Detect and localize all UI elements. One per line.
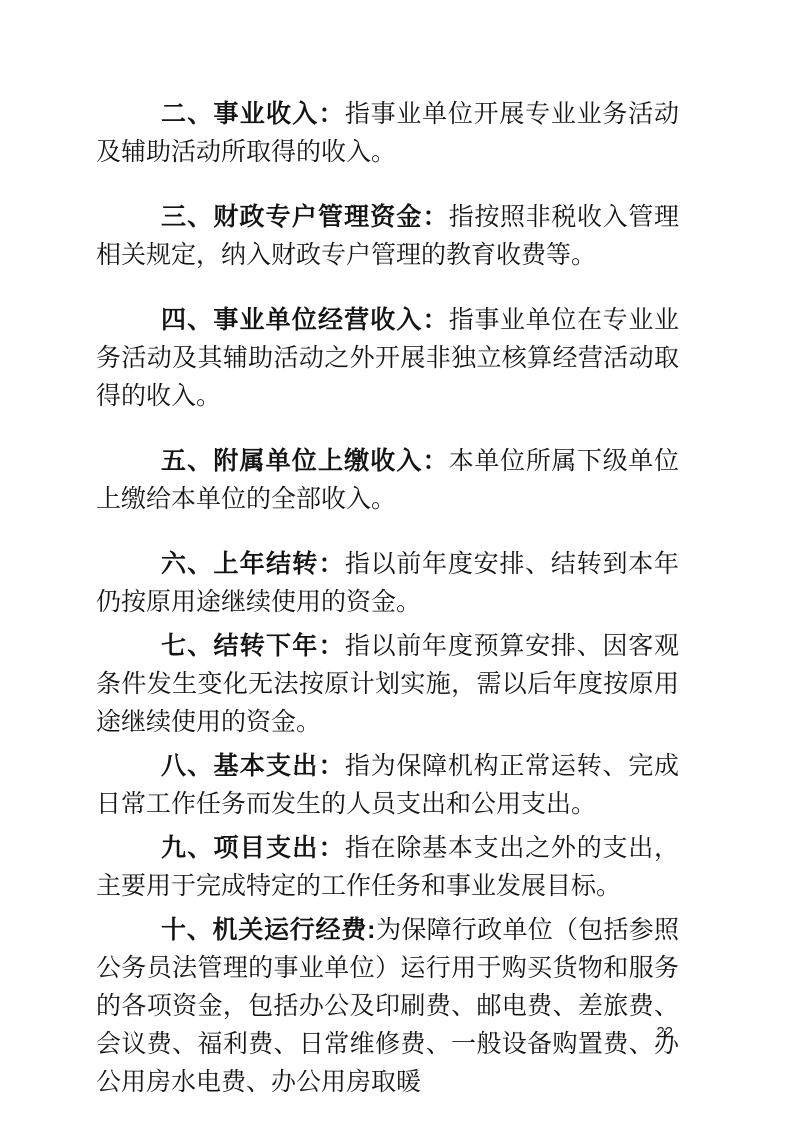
- definition-paragraph: 十、机关运行经费:为保障行政单位（包括参照公务员法管理的事业单位）运行用于购买货…: [96, 911, 679, 1102]
- term-label: 七、结转下年：: [161, 632, 345, 660]
- definition-paragraph: 二、事业收入：指事业单位开展专业业务活动及辅助活动所取得的收入。: [96, 95, 679, 172]
- document-body: 二、事业收入：指事业单位开展专业业务活动及辅助活动所取得的收入。 三、财政专户管…: [96, 95, 679, 1102]
- term-label: 三、财政专户管理资金：: [161, 203, 449, 231]
- definition-paragraph: 五、附属单位上缴收入：本单位所属下级单位上缴给本单位的全部收入。: [96, 442, 679, 519]
- term-label: 四、事业单位经营收入：: [161, 306, 449, 334]
- term-label: 十、机关运行经费:: [161, 916, 376, 944]
- definition-paragraph: 八、基本支出：指为保障机构正常运转、完成日常工作任务而发生的人员支出和公用支出。: [96, 747, 679, 824]
- term-label: 六、上年结转：: [161, 550, 345, 578]
- definition-paragraph: 六、上年结转：指以前年度安排、结转到本年仍按原用途继续使用的资金。: [96, 545, 679, 622]
- term-label: 九、项目支出：: [161, 834, 345, 862]
- definition-paragraph: 七、结转下年：指以前年度预算安排、因客观条件发生变化无法按原计划实施，需以后年度…: [96, 627, 679, 742]
- definition-paragraph: 九、项目支出：指在除基本支出之外的支出，主要用于完成特定的工作任务和事业发展目标…: [96, 829, 679, 906]
- term-label: 二、事业收入：: [161, 100, 345, 128]
- definition-paragraph: 四、事业单位经营收入：指事业单位在专业业务活动及其辅助活动之外开展非独立核算经营…: [96, 301, 679, 416]
- document-page: 二、事业收入：指事业单位开展专业业务活动及辅助活动所取得的收入。 三、财政专户管…: [0, 0, 793, 1122]
- definition-paragraph: 三、财政专户管理资金：指按照非税收入管理相关规定，纳入财政专户管理的教育收费等。: [96, 198, 679, 275]
- term-label: 五、附属单位上缴收入：: [161, 447, 449, 475]
- page-number: 22: [656, 1024, 673, 1041]
- page-footer: 22: [96, 1024, 679, 1042]
- term-label: 八、基本支出：: [161, 752, 345, 780]
